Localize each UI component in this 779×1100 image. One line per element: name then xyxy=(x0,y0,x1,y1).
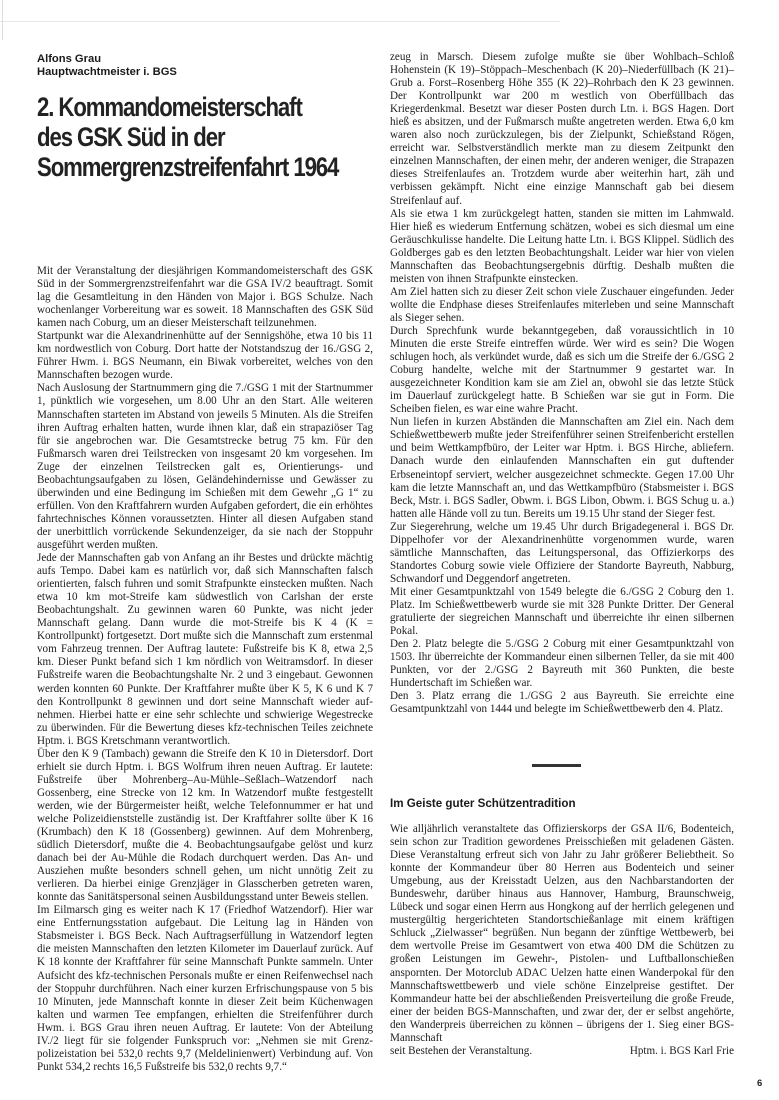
second-article-body: Wie alljährlich veranstaltete das Offizi… xyxy=(390,823,734,1058)
title-line: Sommergrenzstreifenfahrt 1964 xyxy=(37,152,316,182)
paragraph: Über den K 9 (Tambach) gewann die Streif… xyxy=(37,748,373,905)
page-number: 6 xyxy=(757,1078,762,1089)
article-title: 2. Kommandomeisterschaft des GSK Süd in … xyxy=(37,92,316,182)
paragraph: Mit einer Gesamtpunktzahl von 1549 beleg… xyxy=(390,586,734,638)
author-rank: Hauptwachtmeister i. BGS xyxy=(37,66,177,79)
paragraph: zeug in Marsch. Diesem zufolge mußte sie… xyxy=(390,51,734,208)
title-line: des GSK Süd in der xyxy=(37,122,316,152)
author-name: Alfons Grau xyxy=(37,53,177,66)
closing-text: seit Bestehen der Veranstaltung. xyxy=(390,1045,532,1058)
section-heading: Im Geiste guter Schützentradition xyxy=(390,797,576,810)
paragraph: Am Ziel hatten sich zu dieser Zeit schon… xyxy=(390,286,734,325)
paragraph: Startpunkt war die Alexandrinenhütte auf… xyxy=(37,330,373,382)
paragraph: Den 2. Platz belegte die 5./GSG 2 Coburg… xyxy=(390,638,734,690)
paragraph: Den 3. Platz errang die 1./GSG 2 aus Bay… xyxy=(390,690,734,716)
title-line: 2. Kommandomeisterschaft xyxy=(37,92,316,122)
paragraph: Im Eilmarsch ging es weiter nach K 17 (F… xyxy=(37,904,373,1074)
author-byline: Alfons Grau Hauptwachtmeister i. BGS xyxy=(37,53,177,79)
paragraph: Als sie etwa 1 km zurückgelegt hatten, s… xyxy=(390,208,734,286)
right-column-body: zeug in Marsch. Diesem zufolge mußte sie… xyxy=(390,51,734,716)
left-column-body: Mit der Veranstaltung der diesjährigen K… xyxy=(37,265,373,1074)
paragraph: Nach Auslosung der Startnummern ging die… xyxy=(37,382,373,552)
scan-edge-mark xyxy=(2,0,3,40)
author-signature: Hptm. i. BGS Karl Frie xyxy=(630,1045,734,1058)
paragraph: Zur Siegerehrung, welche um 19.45 Uhr du… xyxy=(390,521,734,586)
paragraph: Jede der Mannschaften gab von Anfang an … xyxy=(37,552,373,748)
paragraph: Nun liefen in kurzen Abständen die Manns… xyxy=(390,416,734,520)
paragraph: Mit der Veranstaltung der diesjährigen K… xyxy=(37,265,373,330)
paragraph: Durch Sprechfunk wurde bekanntgegeben, d… xyxy=(390,325,734,416)
scan-edge-rule xyxy=(0,21,560,22)
signature-line: seit Bestehen der Veranstaltung. Hptm. i… xyxy=(390,1045,734,1058)
section-divider xyxy=(532,764,581,767)
paragraph: Wie alljährlich veranstaltete das Offizi… xyxy=(390,823,734,1045)
